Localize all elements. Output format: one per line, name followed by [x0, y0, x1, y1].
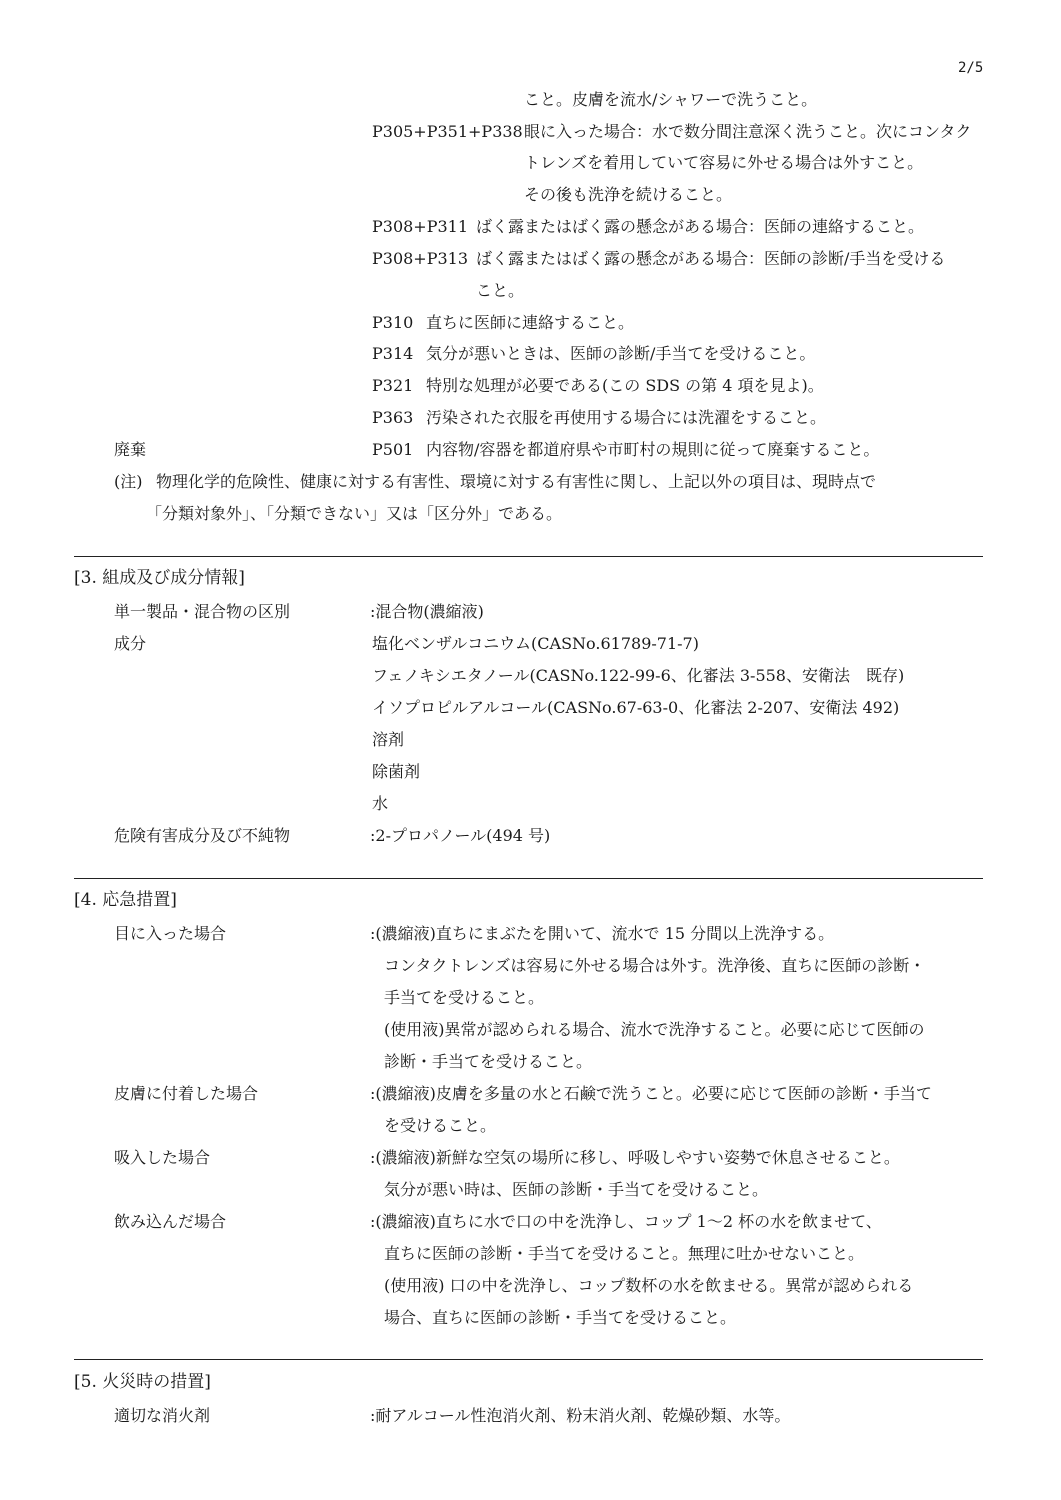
section-divider [74, 556, 983, 557]
field-value: コンタクトレンズは容易に外せる場合は外す。洗浄後、直ちに医師の診断・ [384, 958, 925, 974]
precaution-line: こと。皮膚を流水/シャワーで洗うこと。 [524, 92, 817, 108]
note-line: 「分類対象外」、「分類できない」又は「区分外」である。 [146, 506, 562, 522]
precaution-code: P308+P313 [372, 251, 468, 267]
field-value: を受けること。 [384, 1118, 496, 1134]
field-value: :(濃縮液)直ちにまぶたを開いて、流水で 15 分間以上洗浄する。 [370, 926, 834, 942]
section-title: [4. 応急措置] [74, 892, 177, 909]
precaution-line: 眼に入った場合：水で数分間注意深く洗うこと。次にコンタク [524, 124, 971, 140]
precaution-line: こと。 [476, 283, 524, 299]
precaution-code: P305+P351+P338 [372, 124, 523, 140]
precaution-line: 直ちに医師に連絡すること。 [426, 315, 634, 331]
field-value: 気分が悪い時は、医師の診断・手当てを受けること。 [384, 1182, 768, 1198]
precaution-code: P363 [372, 410, 413, 426]
precaution-code: P308+P311 [372, 219, 468, 235]
field-value: 除菌剤 [372, 764, 420, 780]
field-value: :(濃縮液)皮膚を多量の水と石鹸で洗うこと。必要に応じて医師の診断・手当て [370, 1086, 932, 1102]
field-label: 皮膚に付着した場合 [114, 1086, 258, 1102]
field-value: 手当てを受けること。 [384, 990, 544, 1006]
field-value: :(濃縮液)新鮮な空気の場所に移し、呼吸しやすい姿勢で休息させること。 [370, 1150, 900, 1166]
disposal-label: 廃棄 [114, 442, 146, 458]
field-value: フェノキシエタノール(CASNo.122-99-6、化審法 3-558、安衛法 … [372, 668, 904, 684]
page-number: 2/5 [958, 60, 983, 76]
field-label: 目に入った場合 [114, 926, 226, 942]
field-value: 場合、直ちに医師の診断・手当てを受けること。 [384, 1310, 736, 1326]
precaution-code: P314 [372, 346, 413, 362]
note-prefix: (注) [114, 474, 143, 490]
field-label: 吸入した場合 [114, 1150, 210, 1166]
precaution-line: トレンズを着用していて容易に外せる場合は外すこと。 [524, 155, 923, 171]
field-value: (使用液) 口の中を洗浄し、コップ数杯の水を飲ませる。異常が認められる [384, 1278, 913, 1294]
field-value: 水 [372, 796, 388, 812]
field-value: 診断・手当てを受けること。 [384, 1054, 592, 1070]
precaution-line: ばく露またはばく露の懸念がある場合：医師の診断/手当を受ける [476, 251, 945, 267]
precaution-line: 汚染された衣服を再使用する場合には洗濯をすること。 [426, 410, 826, 426]
field-label: 成分 [114, 636, 146, 652]
field-value: :(濃縮液)直ちに水で口の中を洗浄し、コップ 1～2 杯の水を飲ませて、 [370, 1214, 882, 1230]
field-label: 単一製品・混合物の区別 [114, 604, 290, 620]
field-value: :耐アルコール性泡消火剤、粉末消火剤、乾燥砂類、水等。 [370, 1408, 790, 1424]
field-value: イソプロピルアルコール(CASNo.67-63-0、化審法 2-207、安衛法 … [372, 700, 899, 716]
field-label: 危険有害成分及び不純物 [114, 828, 290, 844]
field-value: 塩化ベンザルコニウム(CASNo.61789-71-7) [372, 636, 699, 652]
precaution-code: P501 [372, 442, 413, 458]
precaution-line: 特別な処理が必要である(この SDS の第 4 項を見よ)。 [426, 378, 824, 394]
field-value: (使用液)異常が認められる場合、流水で洗浄すること。必要に応じて医師の [384, 1022, 925, 1038]
field-value: :2-プロパノール(494 号) [370, 828, 550, 844]
field-value: :混合物(濃縮液) [370, 604, 484, 620]
section-divider [74, 878, 983, 879]
precaution-code: P321 [372, 378, 413, 394]
section-title: [5. 火災時の措置] [74, 1374, 211, 1391]
field-value: 直ちに医師の診断・手当てを受けること。無理に吐かせないこと。 [384, 1246, 864, 1262]
precaution-line: その後も洗浄を続けること。 [524, 187, 732, 203]
field-label: 適切な消火剤 [114, 1408, 210, 1424]
precaution-code: P310 [372, 315, 413, 331]
field-label: 飲み込んだ場合 [114, 1214, 226, 1230]
precaution-line: ばく露またはばく露の懸念がある場合：医師の連絡すること。 [476, 219, 924, 235]
note-line: 物理化学的危険性、健康に対する有害性、環境に対する有害性に関し、上記以外の項目は… [156, 474, 876, 490]
section-divider [74, 1359, 983, 1360]
precaution-line: 気分が悪いときは、医師の診断/手当てを受けること。 [426, 346, 815, 362]
field-value: 溶剤 [372, 732, 404, 748]
precaution-line: 内容物/容器を都道府県や市町村の規則に従って廃棄すること。 [426, 442, 879, 458]
section-title: [3. 組成及び成分情報] [74, 570, 245, 587]
